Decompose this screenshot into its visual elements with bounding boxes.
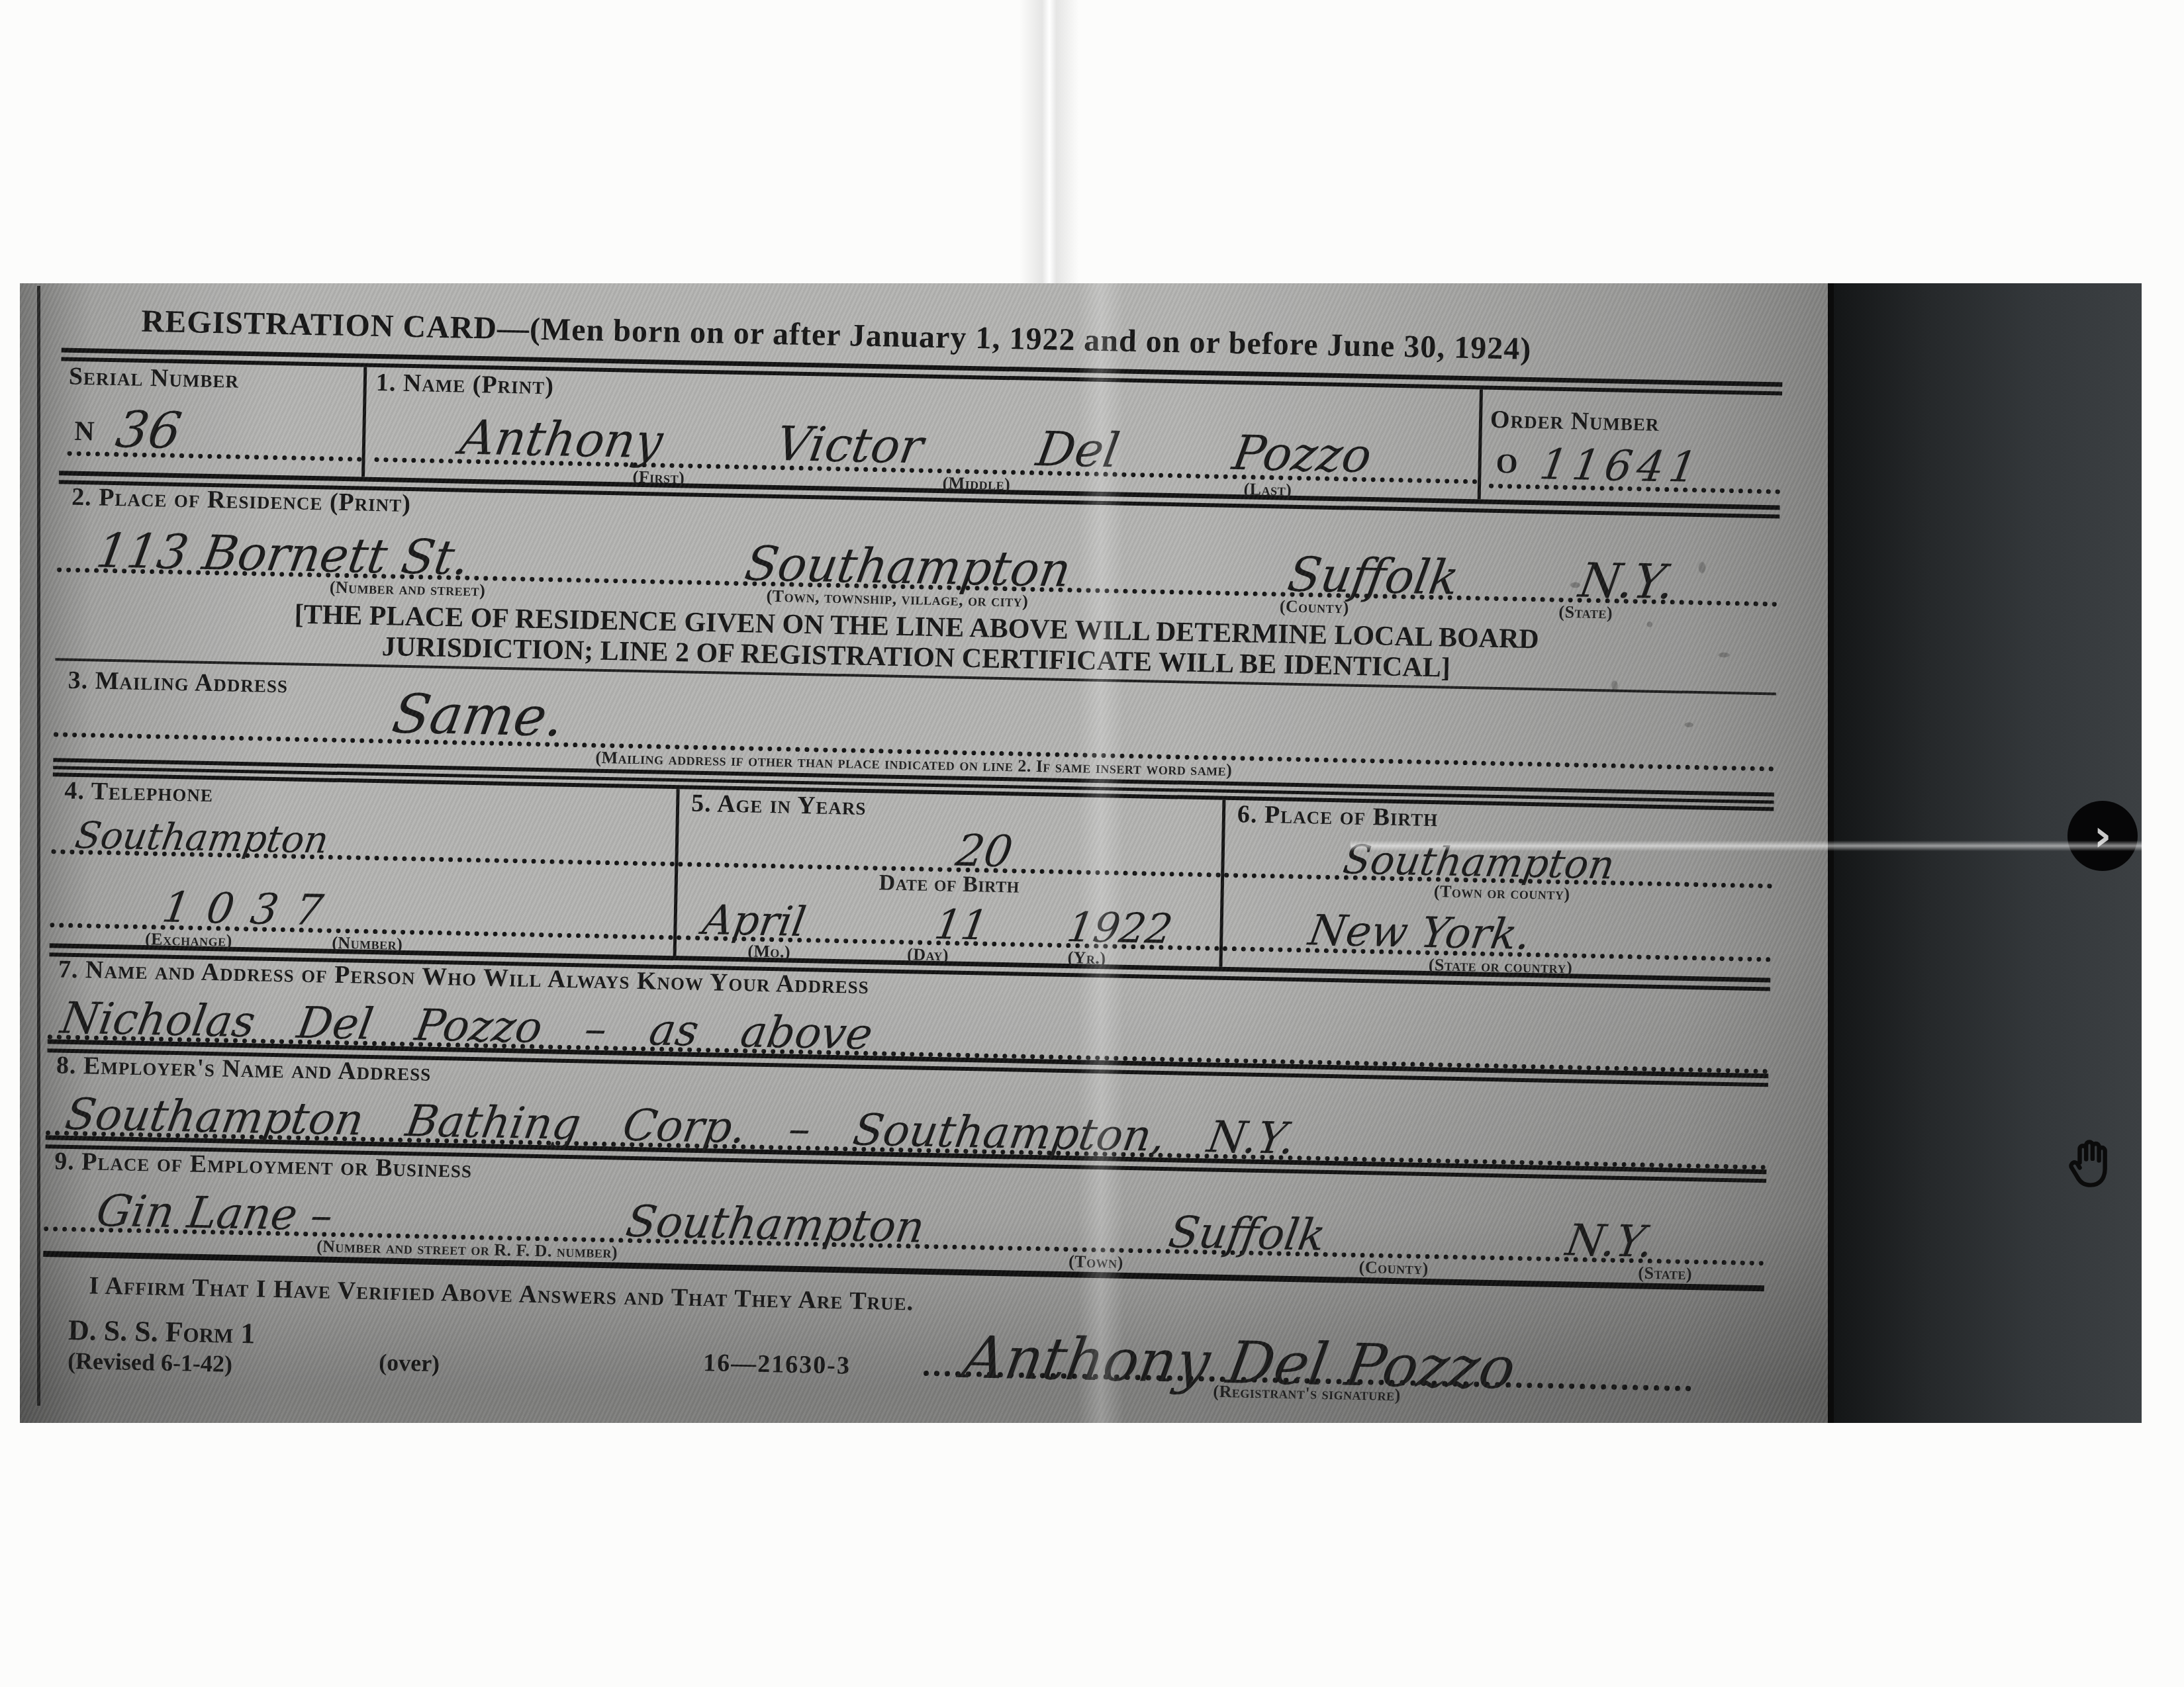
- name-cell: 1. Name (Print) Anthony Victor Del Pozzo…: [365, 367, 1483, 500]
- mailing-address-value: Same.: [389, 690, 567, 743]
- employment-street-value: Gin Lane –: [94, 1191, 336, 1234]
- order-number-cell: Order Number O 11641: [1481, 389, 1782, 505]
- order-number-line: O 11641: [1489, 433, 1781, 494]
- birthplace-cell: 6. Place of Birth Southampton (Town or c…: [1222, 800, 1774, 978]
- sublabel-day: (Day): [875, 944, 981, 966]
- contact-value: Nicholas Del Pozzo – as above: [58, 998, 875, 1054]
- fold-crease-vertical: [1020, 0, 1079, 286]
- mailing-address-label: 3. Mailing Address: [68, 666, 288, 699]
- dob-year-value: 1922: [1065, 909, 1175, 948]
- form-revision: (Revised 6-1-42): [68, 1347, 379, 1381]
- form-id-block: D. S. S. Form 1 (Revised 6-1-42): [68, 1313, 380, 1381]
- employment-town-value: Southampton: [624, 1201, 927, 1246]
- residence-county-value: Suffolk: [1285, 553, 1462, 600]
- sublabel-last: (Last): [1195, 479, 1341, 501]
- birthplace-town-value: Southampton: [1341, 842, 1617, 883]
- serial-number-cell: Serial Number N 36: [59, 361, 367, 477]
- registrant-signature: Anthony Del Pozzo: [959, 1331, 1519, 1394]
- telephone-cell: 4. Telephone Southampton 1037 (Exchange)…: [50, 776, 680, 956]
- serial-prefix: N: [74, 416, 95, 448]
- residence-town-value: Southampton: [742, 542, 1074, 591]
- sublabel-state: (State): [1499, 601, 1672, 624]
- telephone-age-birth-row: 4. Telephone Southampton 1037 (Exchange)…: [50, 776, 1774, 978]
- sublabel-month: (Mo.): [716, 940, 822, 962]
- residence-state-value: N.Y.: [1576, 559, 1678, 604]
- order-prefix: O: [1496, 448, 1518, 480]
- chevron-right-icon: ›: [2093, 810, 2111, 861]
- dob-month-value: April: [700, 901, 808, 940]
- sublabel-exchange: (Exchange): [89, 928, 289, 952]
- print-code: 16—21630-3: [703, 1348, 851, 1380]
- serial-number-line: N 36: [68, 390, 363, 462]
- telephone-number-value: 1037: [160, 889, 342, 931]
- registration-card-scan: REGISTRATION CARD—(Men born on or after …: [20, 283, 2142, 1423]
- card-paper: REGISTRATION CARD—(Men born on or after …: [20, 283, 1834, 1423]
- grab-hand-glyph: [2064, 1136, 2116, 1191]
- over-note: (over): [379, 1348, 505, 1379]
- sublabel-emp-county: (County): [1294, 1256, 1494, 1280]
- signature-block: Anthony Del Pozzo (Registrant's signatur…: [923, 1330, 1763, 1413]
- serial-number-value: 36: [113, 407, 185, 453]
- residence-street-value: 113 Bornett St.: [93, 529, 472, 580]
- grab-hand-icon: [2064, 1136, 2116, 1191]
- dob-day-value: 11: [932, 906, 990, 944]
- form-number: D. S. S. Form 1: [68, 1313, 380, 1353]
- sublabel-number: (Number): [275, 932, 461, 956]
- sublabel-first: (First): [593, 466, 726, 488]
- sublabel-middle: (Middle): [904, 473, 1050, 495]
- next-page-button[interactable]: ›: [2067, 801, 2138, 871]
- birthplace-state-value: New York.: [1306, 913, 1533, 955]
- sublabel-emp-town: (Town): [996, 1250, 1196, 1274]
- age-cell: 5. Age in Years 20 Date of Birth April 1…: [677, 789, 1226, 967]
- registration-card: REGISTRATION CARD—(Men born on or after …: [40, 289, 1783, 1423]
- employment-county-value: Suffolk: [1166, 1212, 1329, 1255]
- sublabel-county: (County): [1215, 595, 1414, 619]
- order-number-value: 11641: [1537, 447, 1705, 488]
- sublabel-town-or-county: (Town or county): [1376, 880, 1628, 905]
- card-left-border: [37, 286, 40, 1406]
- sublabel-year: (Yr.): [1033, 947, 1140, 969]
- telephone-exchange-value: Southampton: [73, 819, 330, 858]
- sublabel-emp-state: (State): [1579, 1262, 1752, 1285]
- age-value: 20: [953, 831, 1016, 871]
- employment-state-value: N.Y.: [1563, 1220, 1656, 1261]
